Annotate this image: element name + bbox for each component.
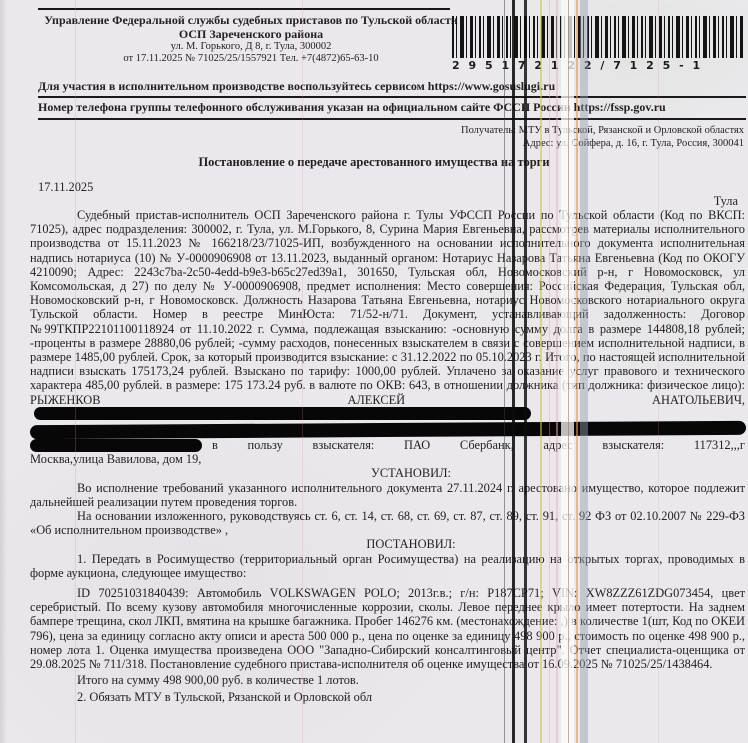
postanovil-heading: ПОСТАНОВИЛ: xyxy=(30,537,745,551)
recipient-line: Получатель: МТУ в Тульской, Рязанской и … xyxy=(314,125,744,138)
org-department: ОСП Зареченского района xyxy=(42,27,460,41)
resolution-item-1: 1. Передать в Росимущество (территориаль… xyxy=(30,552,745,580)
barcode-icon xyxy=(452,16,743,58)
property-description: ID 70251031840439: Автомобиль VOLKSWAGEN… xyxy=(30,586,745,671)
redaction-bar xyxy=(30,439,202,452)
redaction-bar xyxy=(30,421,746,439)
established-paragraph: Во исполнение требований указанного испо… xyxy=(30,481,745,509)
scanned-document: Управление Федеральной службы судебных п… xyxy=(0,0,748,743)
document-date: 17.11.2025 xyxy=(38,180,93,195)
doc-number-line: от 17.11.2025 № 71025/25/1557921 Тел. +7… xyxy=(42,53,460,65)
intro-paragraph: Судебный пристав-исполнитель ОСП Заречен… xyxy=(30,208,745,421)
creditor-address-line: Москва,улица Вавилова, дом 19, xyxy=(30,452,745,466)
total-line: Итого на сумму 498 900,00 руб. в количес… xyxy=(30,673,745,687)
org-name: Управление Федеральной службы судебных п… xyxy=(42,13,460,27)
org-address: ул. М. Горького, Д 8, г. Тула, 300002 xyxy=(42,41,460,53)
barcode-digits: 2 9 5 1 7 2 1 2 2 / 7 1 2 5 - 1 xyxy=(452,59,743,72)
creditor-line: в пользу взыскателя: ПАО Сбербанк, адрес… xyxy=(30,438,745,452)
creditor-text: в пользу взыскателя: ПАО Сбербанк, адрес… xyxy=(212,438,745,452)
intro-text: Судебный пристав-исполнитель ОСП Заречен… xyxy=(30,208,745,407)
header-top-rule xyxy=(38,8,450,10)
letterhead: Управление Федеральной службы судебных п… xyxy=(42,13,460,65)
document-title: Постановление о передаче арестованного и… xyxy=(0,155,748,170)
gosuslugi-notice: Для участия в исполнительном производств… xyxy=(38,80,746,98)
recipient-block: Получатель: МТУ в Тульской, Рязанской и … xyxy=(314,125,744,150)
ustanovil-heading: УСТАНОВИЛ: xyxy=(30,466,745,480)
fssp-notice: Номер телефона группы телефонного обслуж… xyxy=(38,101,746,120)
legal-basis-paragraph: На основании изложенного, руководствуясь… xyxy=(30,509,745,537)
resolution-item-2-partial: 2. Обязать МТУ в Тульской, Рязанской и О… xyxy=(30,690,745,704)
recipient-address: Адрес: ул. Сойфера, д. 16, г. Тула, Росс… xyxy=(314,138,744,151)
document-city: Тула xyxy=(714,194,738,209)
redaction-bar xyxy=(34,407,531,420)
document-body: Судебный пристав-исполнитель ОСП Заречен… xyxy=(30,208,745,704)
